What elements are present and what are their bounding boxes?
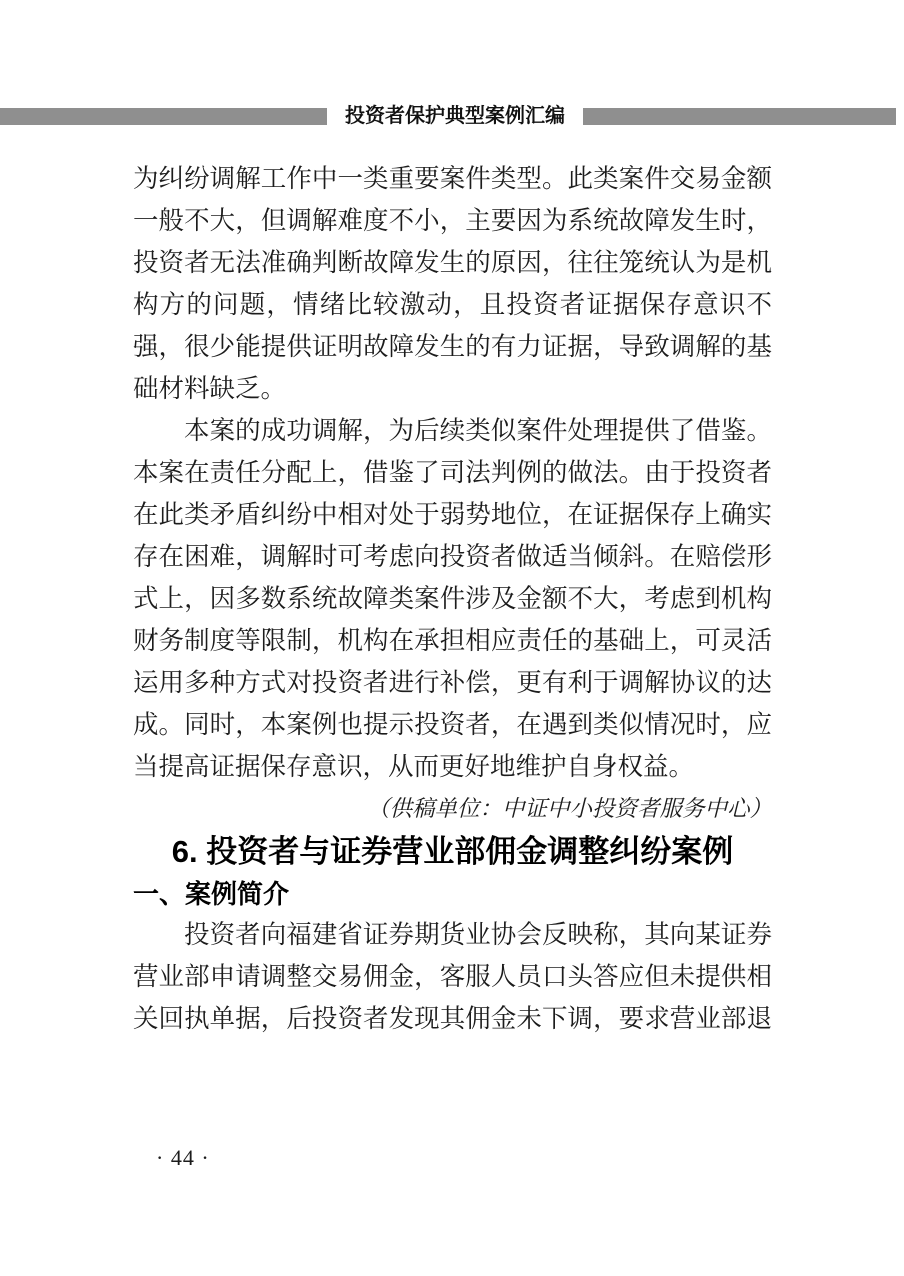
header-rule-left — [0, 108, 327, 125]
paragraph-continuation: 为纠纷调解工作中一类重要案件类型。此类案件交易金额一般不大，但调解难度不小，主要… — [133, 158, 772, 410]
section-heading: 6. 投资者与证券营业部佣金调整纠纷案例 — [133, 830, 772, 874]
page-number: · 44 · — [156, 1144, 210, 1172]
paragraph-case-intro: 投资者向福建省证券期货业协会反映称，其向某证券营业部申请调整交易佣金，客服人员口… — [133, 914, 772, 1040]
running-head-title: 投资者保护典型案例汇编 — [330, 103, 580, 129]
page-body: 为纠纷调解工作中一类重要案件类型。此类案件交易金额一般不大，但调解难度不小，主要… — [133, 158, 772, 1040]
paragraph-analysis: 本案的成功调解，为后续类似案件处理提供了借鉴。本案在责任分配上，借鉴了司法判例的… — [133, 410, 772, 788]
book-page: 投资者保护典型案例汇编 为纠纷调解工作中一类重要案件类型。此类案件交易金额一般不… — [0, 0, 904, 1276]
subsection-heading: 一、案例简介 — [133, 874, 772, 914]
header-rule-right — [583, 108, 896, 125]
attribution-line: （供稿单位：中证中小投资者服务中心） — [133, 788, 772, 830]
